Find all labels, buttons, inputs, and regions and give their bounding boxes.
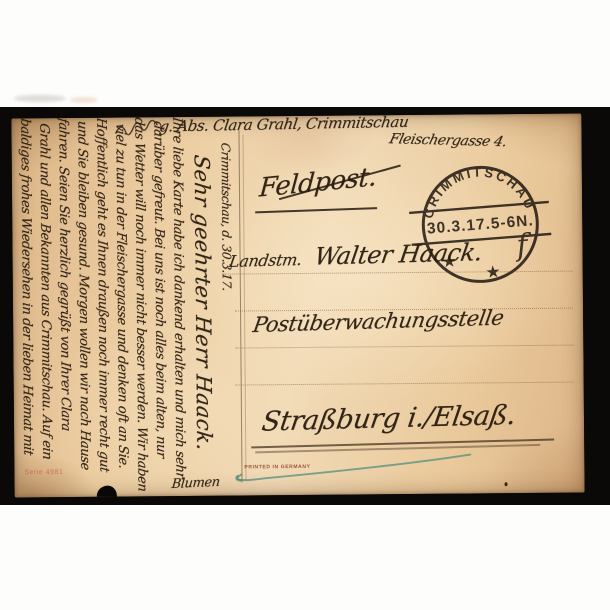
message-line: fahren. Seien Sie herzlich gegrüßt von I… [53, 117, 75, 497]
message-line: und Sie bleiben gesund. Morgen wollen wi… [72, 117, 94, 497]
message-line: viel zu tun in der Fleischergasse und de… [110, 117, 132, 497]
rotated-message-block: Crimmitschau, d. 30.3.17. Sehr geehrter … [11, 117, 239, 497]
message-line: Grahl und allen Bekannten aus Crimmitsch… [34, 117, 56, 497]
feldpost-word: Feldpost. [258, 162, 378, 204]
crayon-swoosh [224, 446, 484, 488]
address-line-city: Straßburg i./Elsaß. [260, 400, 518, 438]
message-line: darüber gefreut. Bei uns ist noch alles … [148, 117, 170, 497]
scanned-page: Crimmitschau, d. 30.3.17. Sehr geehrter … [0, 0, 610, 610]
scan-background: Crimmitschau, d. 30.3.17. Sehr geehrter … [0, 107, 610, 505]
sender-line: g. Abs. Clara Grahl, Crimmitschau [158, 114, 409, 136]
feldpost-underline [255, 207, 377, 213]
scribble-marks [113, 117, 159, 141]
message-line: Ihre liebe Karte habe ich dankend erhalt… [167, 117, 189, 496]
serie-number: Serie 4981 [24, 469, 63, 476]
postmark-letter: f [513, 227, 534, 263]
postmark: CRIMMITSCHAU 30.3.17.5-6N. ★ ★ f [400, 144, 561, 305]
speck [505, 482, 508, 486]
message-date: Crimmitschau, d. 30.3.17. [216, 117, 236, 496]
message-column: Crimmitschau, d. 30.3.17. Sehr geehrter … [11, 117, 240, 498]
margin-smudge-tan [70, 97, 98, 103]
margin-smudge-gray [14, 95, 66, 102]
address-dotted-line [236, 382, 574, 386]
postmark-star: ★ [485, 262, 502, 283]
message-line: Hoffentlich geht es Ihnen draußen noch i… [91, 117, 113, 497]
message-overflow-word: Blumen [171, 475, 220, 492]
message-greeting: Sehr geehrter Herr Haack. [186, 117, 219, 497]
postcard: Crimmitschau, d. 30.3.17. Sehr geehrter … [11, 114, 584, 498]
message-line: das Wetter will noch immer nicht besser … [129, 117, 151, 497]
address-rank: Landstm. [228, 250, 303, 271]
address-name: Walter Haack. [313, 238, 485, 271]
address-dotted-line [235, 345, 573, 349]
message-line: baldiges frohes Wiedersehen in der liebe… [15, 117, 37, 497]
divider-line [243, 134, 247, 480]
